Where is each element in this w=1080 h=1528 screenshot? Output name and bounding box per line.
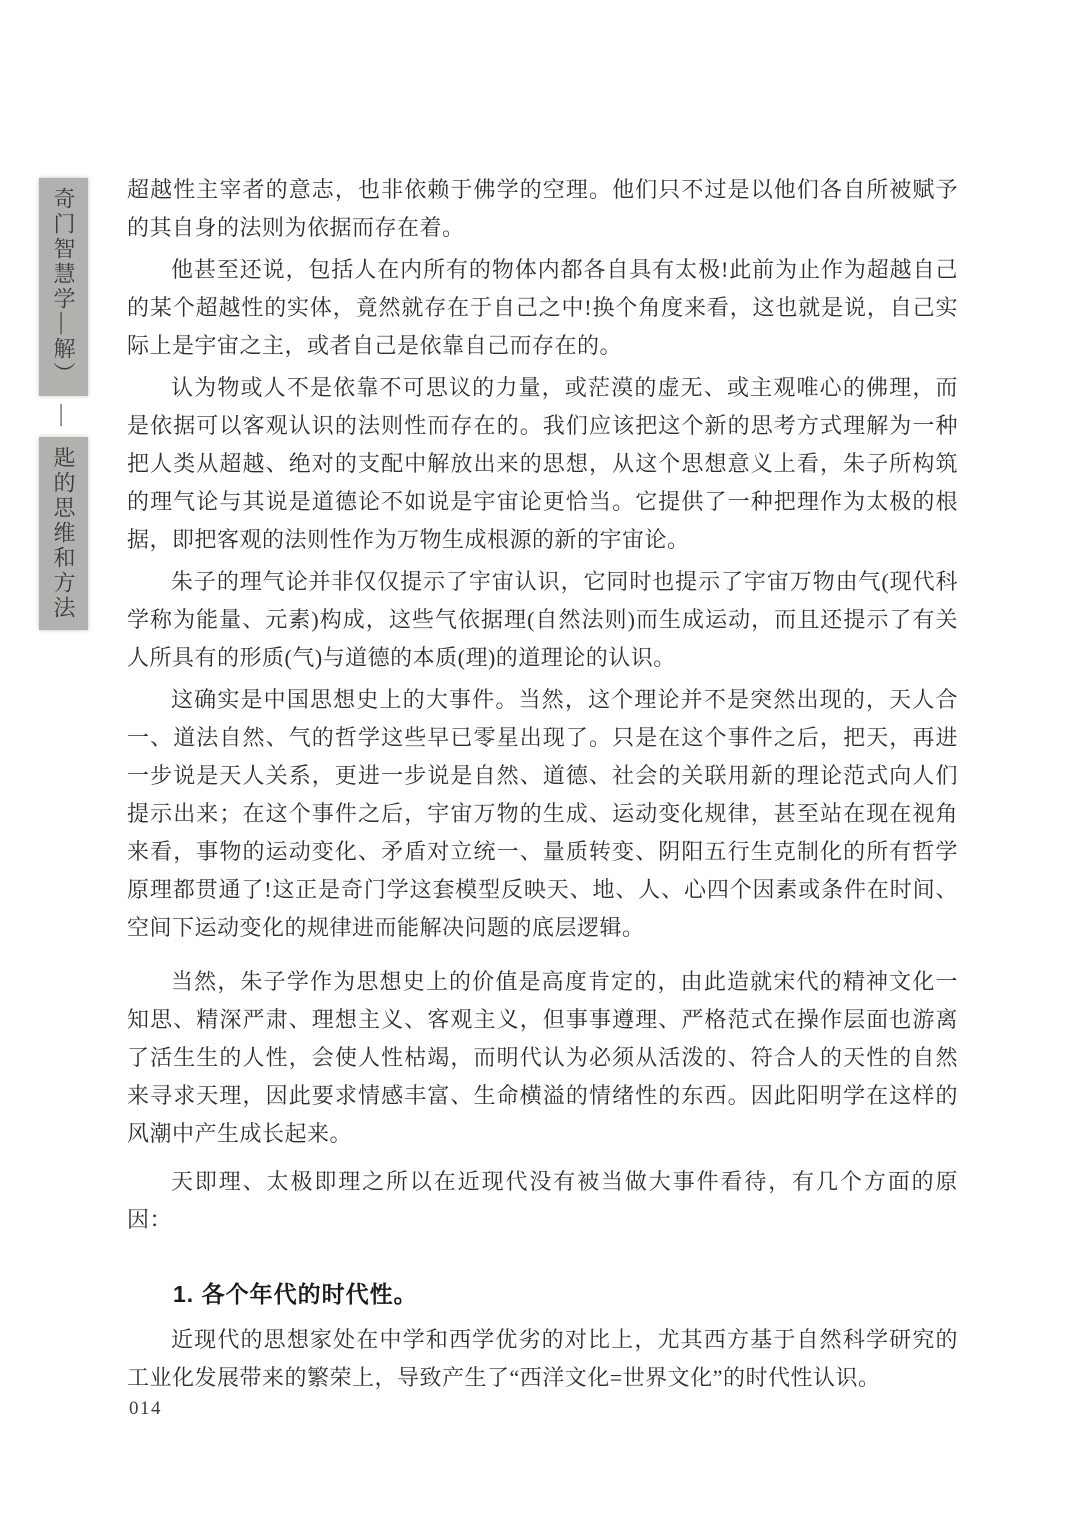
paragraph-continuation: 超越性主宰者的意志，也非依赖于佛学的空理。他们只不过是以他们各自所被赋予的其自身… (127, 171, 958, 247)
body-text-column: 超越性主宰者的意志，也非依赖于佛学的空理。他们只不过是以他们各自所被赋予的其自身… (127, 171, 958, 1401)
paragraph-2: 认为物或人不是依靠不可思议的力量，或茫漠的虚无、或主观唯心的佛理，而是依据可以客… (127, 369, 958, 559)
paragraph-1: 他甚至还说，包括人在内所有的物体内都各自具有太极!此前为止作为超越自己的某个超越… (127, 251, 958, 365)
paragraph-3: 朱子的理气论并非仅仅提示了宇宙认识，它同时也提示了宇宙万物由气(现代科学称为能量… (127, 563, 958, 677)
book-spine-title: 奇门智慧学—解）—匙的思维和方法 (52, 178, 74, 630)
paragraph-5: 当然，朱子学作为思想史上的价值是高度肯定的，由此造就宋代的精神文化一知思、精深严… (127, 963, 958, 1153)
spine-title-top: 奇门智慧学—解） (39, 178, 88, 396)
page-number: 014 (129, 1398, 162, 1420)
spine-title-separator: — (39, 396, 88, 437)
book-page: 奇门智慧学—解）—匙的思维和方法 超越性主宰者的意志，也非依赖于佛学的空理。他们… (0, 0, 1080, 1528)
paragraph-6: 天即理、太极即理之所以在近现代没有被当做大事件看待，有几个方面的原因： (127, 1163, 958, 1239)
paragraph-7: 近现代的思想家处在中学和西学优劣的对比上，尤其西方基于自然科学研究的工业化发展带… (127, 1321, 958, 1397)
paragraph-4: 这确实是中国思想史上的大事件。当然，这个理论并不是突然出现的，天人合一、道法自然… (127, 681, 958, 947)
spine-title-bottom: 匙的思维和方法 (39, 437, 88, 630)
section-heading: 1. 各个年代的时代性。 (127, 1275, 958, 1313)
